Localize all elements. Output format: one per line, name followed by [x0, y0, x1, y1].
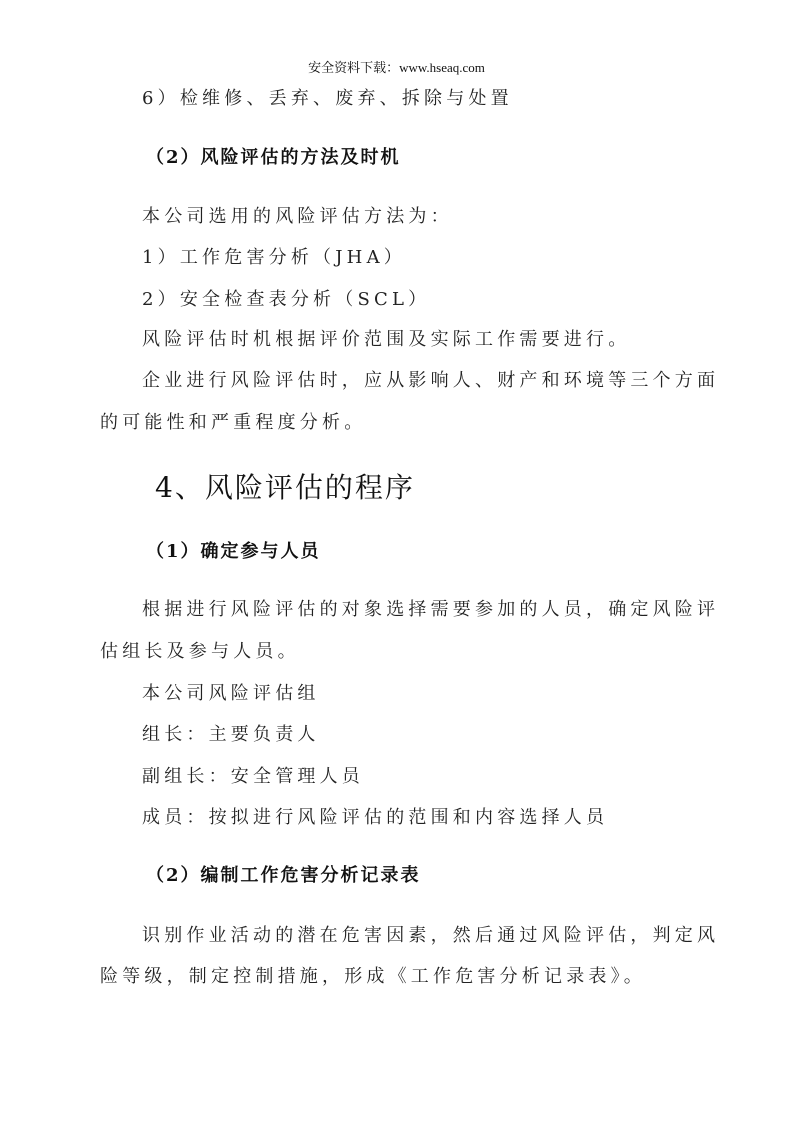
step-2-paragraph-line2: 险等级，制定控制措施，形成《工作危害分析记录表》。	[100, 962, 646, 988]
section-2-title: （2）风险评估的方法及时机	[146, 143, 401, 169]
step-1-paragraph-line1: 根据进行风险评估的对象选择需要参加的人员，确定风险评	[142, 595, 719, 621]
enterprise-paragraph-line1: 企业进行风险评估时，应从影响人、财产和环境等三个方面	[142, 366, 719, 392]
step-2-paragraph-line1: 识别作业活动的潜在危害因素，然后通过风险评估，判定风	[142, 921, 719, 947]
list-item-6: 6）检维修、丢弃、废弃、拆除与处置	[142, 84, 513, 110]
header-url: www.hseaq.com	[399, 60, 485, 75]
timing-paragraph: 风险评估时机根据评价范围及实际工作需要进行。	[142, 325, 630, 351]
method-item-1: 1）工作危害分析（JHA）	[142, 243, 406, 269]
step-2-title: （2）编制工作危害分析记录表	[146, 861, 421, 887]
method-item-2: 2）安全检查表分析（SCL）	[142, 285, 430, 311]
group-title: 本公司风险评估组	[142, 679, 320, 705]
group-deputy: 副组长：安全管理人员	[142, 762, 364, 788]
enterprise-paragraph-line2: 的可能性和严重程度分析。	[100, 408, 366, 434]
heading-4: 4、风险评估的程序	[155, 466, 415, 506]
methods-intro: 本公司选用的风险评估方法为：	[142, 202, 453, 228]
group-members: 成员：按拟进行风险评估的范围和内容选择人员	[142, 803, 608, 829]
header-label: 安全资料下载：	[308, 61, 399, 76]
page-header: 安全资料下载：www.hseaq.com	[0, 57, 793, 76]
step-1-paragraph-line2: 估组长及参与人员。	[100, 637, 300, 663]
step-1-title: （1）确定参与人员	[146, 537, 321, 563]
group-leader: 组长：主要负责人	[142, 720, 320, 746]
